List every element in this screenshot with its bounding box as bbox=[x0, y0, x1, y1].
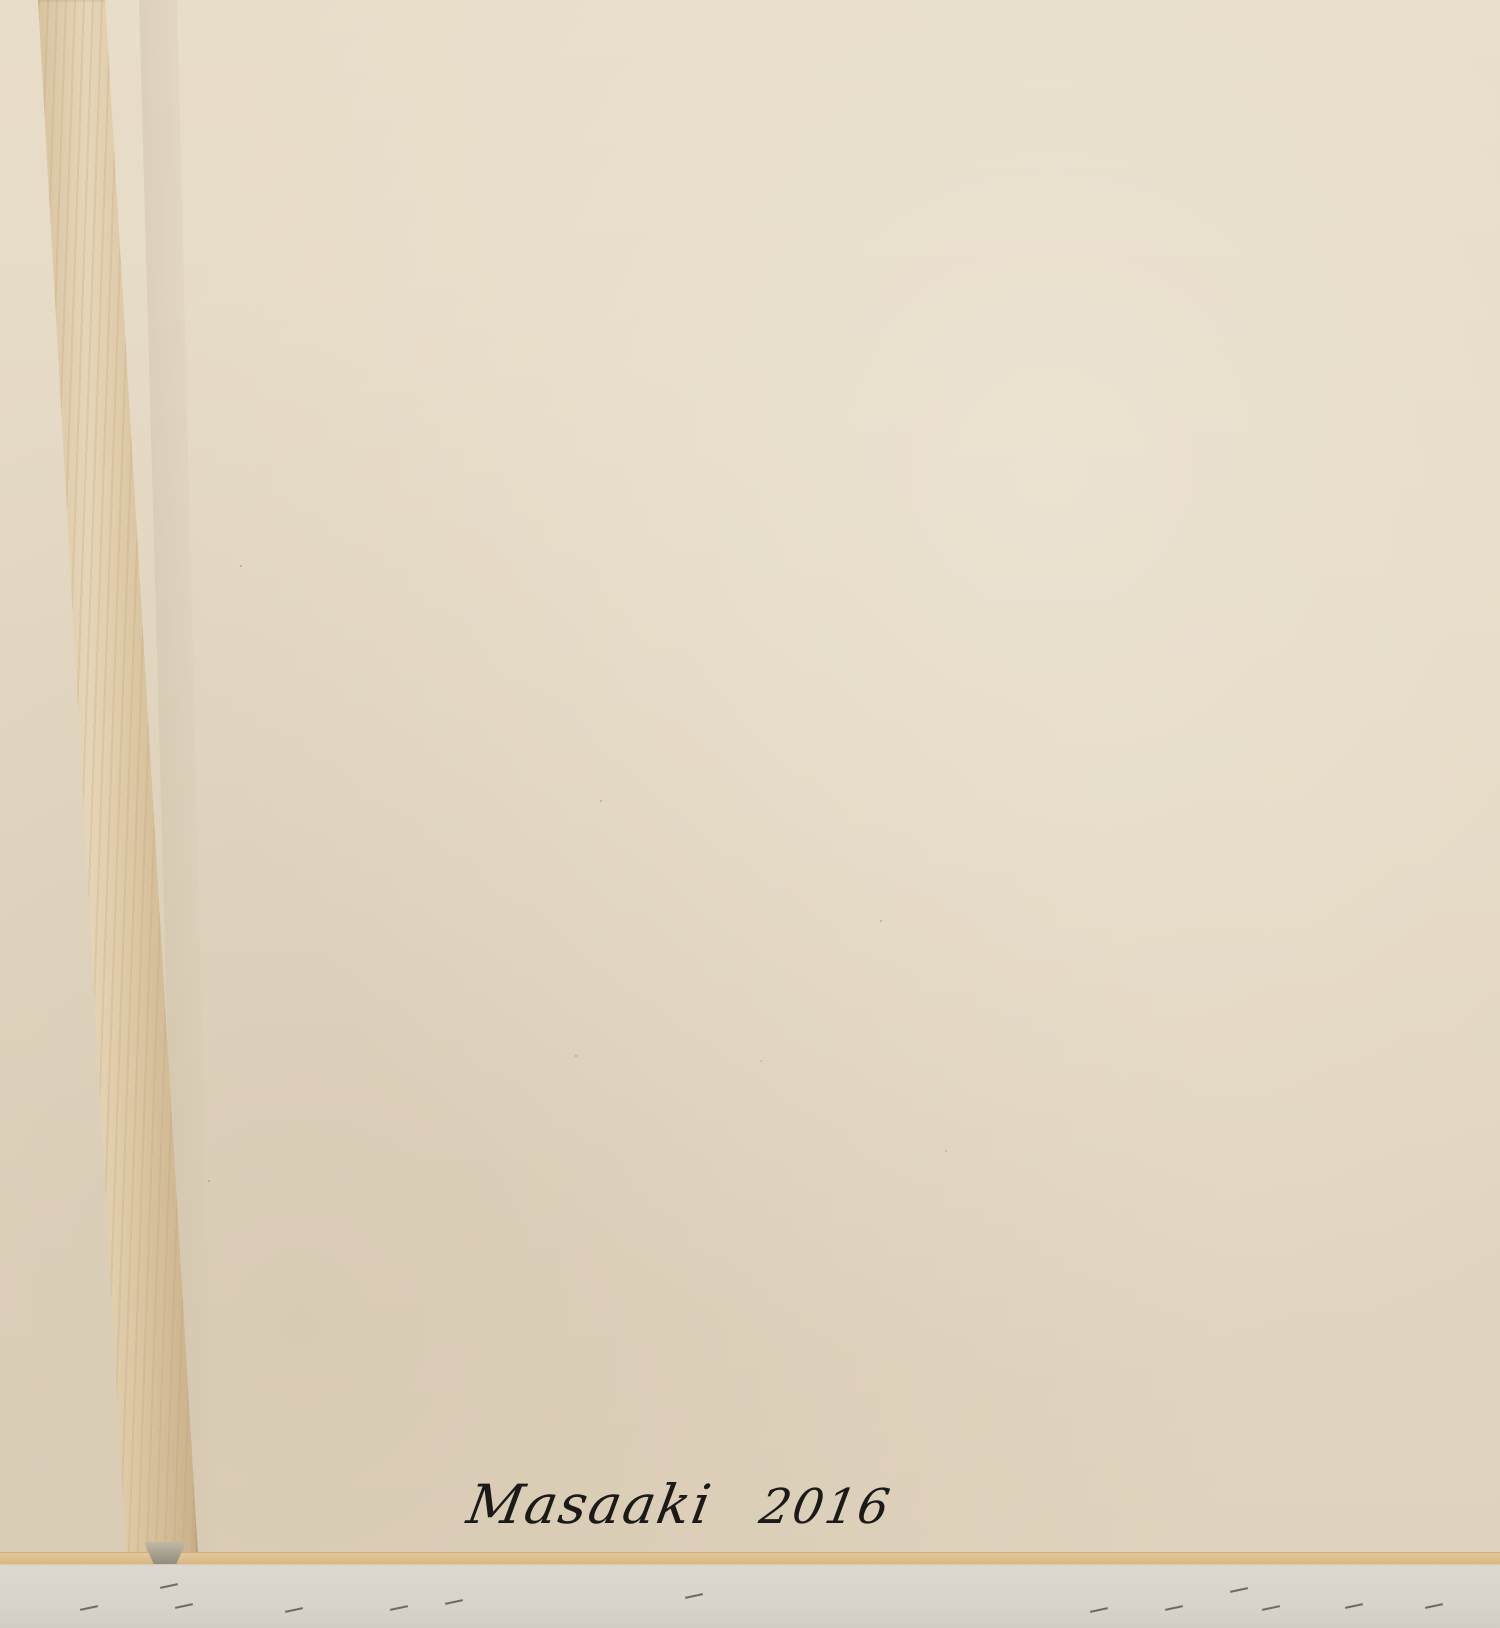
staple bbox=[285, 1607, 303, 1613]
staple bbox=[1425, 1603, 1443, 1609]
signature-year: 2016 bbox=[754, 1472, 896, 1542]
staple bbox=[80, 1605, 98, 1611]
paint-speck bbox=[760, 1060, 762, 1062]
paint-speck bbox=[240, 565, 242, 567]
staple bbox=[1262, 1605, 1280, 1611]
paint-speck bbox=[208, 1180, 210, 1182]
staple bbox=[1345, 1603, 1363, 1609]
canvas-back-surface bbox=[0, 0, 1500, 1560]
paint-speck bbox=[600, 800, 602, 802]
paint-speck bbox=[945, 1150, 947, 1152]
signature-name: Masaaki bbox=[462, 1470, 718, 1540]
staple bbox=[445, 1599, 463, 1605]
staple bbox=[390, 1605, 408, 1611]
paint-speck bbox=[880, 920, 882, 922]
staple bbox=[175, 1603, 193, 1609]
folded-canvas-edge bbox=[0, 1564, 1500, 1628]
staple bbox=[1090, 1607, 1108, 1613]
paint-speck bbox=[575, 1055, 577, 1057]
staple bbox=[160, 1583, 178, 1589]
artist-signature: Masaaki 2016 bbox=[462, 1470, 1094, 1540]
staple bbox=[685, 1593, 703, 1599]
staple bbox=[1165, 1605, 1183, 1611]
staple bbox=[1230, 1587, 1248, 1593]
